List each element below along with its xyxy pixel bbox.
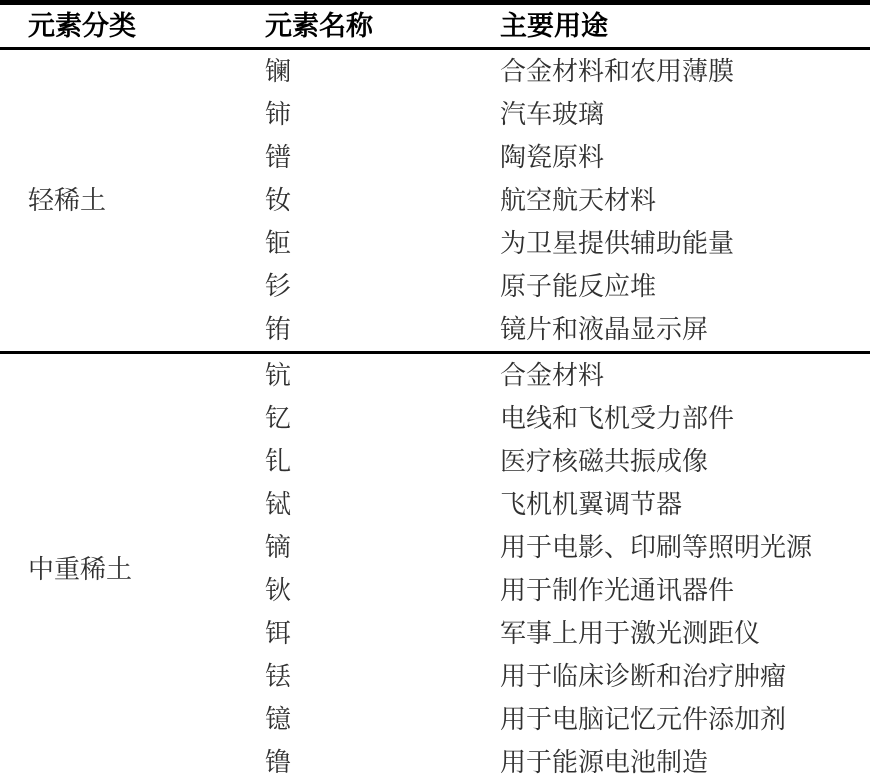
use-cell: 飞机机翼调节器 bbox=[480, 483, 870, 526]
element-cell: 铥 bbox=[240, 655, 480, 698]
header-element-classification: 元素分类 bbox=[0, 3, 240, 49]
element-cell: 镧 bbox=[240, 49, 480, 94]
use-cell: 用于电影、印刷等照明光源 bbox=[480, 526, 870, 569]
element-cell: 钆 bbox=[240, 440, 480, 483]
header-main-uses: 主要用途 bbox=[480, 3, 870, 49]
element-cell: 镝 bbox=[240, 526, 480, 569]
element-cell: 钷 bbox=[240, 222, 480, 265]
use-cell: 医疗核磁共振成像 bbox=[480, 440, 870, 483]
table-row: 中重稀土 钪 合金材料 bbox=[0, 353, 870, 398]
use-cell: 用于制作光通讯器件 bbox=[480, 569, 870, 612]
category-medium-heavy-rare-earth: 中重稀土 bbox=[0, 353, 240, 784]
element-cell: 铈 bbox=[240, 93, 480, 136]
element-cell: 钪 bbox=[240, 353, 480, 398]
use-cell: 原子能反应堆 bbox=[480, 265, 870, 308]
use-cell: 用于临床诊断和治疗肿瘤 bbox=[480, 655, 870, 698]
use-cell: 航空航天材料 bbox=[480, 179, 870, 222]
table-row: 轻稀土 镧 合金材料和农用薄膜 bbox=[0, 49, 870, 94]
use-cell: 陶瓷原料 bbox=[480, 136, 870, 179]
element-cell: 镱 bbox=[240, 698, 480, 741]
element-cell: 钇 bbox=[240, 397, 480, 440]
header-row: 元素分类 元素名称 主要用途 bbox=[0, 3, 870, 49]
rare-earth-table-page: 元素分类 元素名称 主要用途 轻稀土 镧 合金材料和农用薄膜 铈 汽车玻璃 镨 … bbox=[0, 0, 870, 784]
category-light-rare-earth: 轻稀土 bbox=[0, 49, 240, 353]
element-cell: 钕 bbox=[240, 179, 480, 222]
element-cell: 钬 bbox=[240, 569, 480, 612]
use-cell: 军事上用于激光测距仪 bbox=[480, 612, 870, 655]
element-cell: 铒 bbox=[240, 612, 480, 655]
use-cell: 用于能源电池制造 bbox=[480, 741, 870, 784]
use-cell: 用于电脑记忆元件添加剂 bbox=[480, 698, 870, 741]
header-element-name: 元素名称 bbox=[240, 3, 480, 49]
use-cell: 汽车玻璃 bbox=[480, 93, 870, 136]
use-cell: 电线和飞机受力部件 bbox=[480, 397, 870, 440]
element-cell: 铽 bbox=[240, 483, 480, 526]
element-cell: 铕 bbox=[240, 308, 480, 353]
use-cell: 为卫星提供辅助能量 bbox=[480, 222, 870, 265]
use-cell: 合金材料和农用薄膜 bbox=[480, 49, 870, 94]
element-cell: 镥 bbox=[240, 741, 480, 784]
use-cell: 镜片和液晶显示屏 bbox=[480, 308, 870, 353]
use-cell: 合金材料 bbox=[480, 353, 870, 398]
element-cell: 镨 bbox=[240, 136, 480, 179]
rare-earth-elements-table: 元素分类 元素名称 主要用途 轻稀土 镧 合金材料和农用薄膜 铈 汽车玻璃 镨 … bbox=[0, 0, 870, 784]
element-cell: 钐 bbox=[240, 265, 480, 308]
